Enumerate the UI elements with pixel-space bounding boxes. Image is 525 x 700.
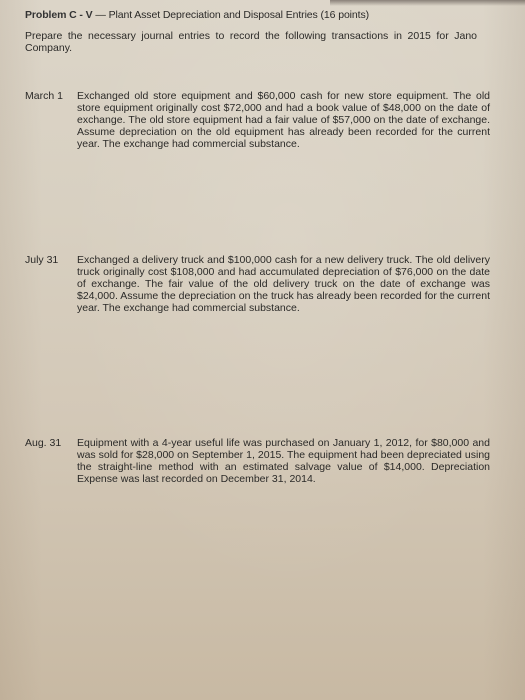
transaction-date: March 1 (25, 90, 77, 150)
problem-page: Problem C - V — Plant Asset Depreciation… (25, 8, 505, 54)
transaction-march-1: March 1 Exchanged old store equipment an… (25, 90, 490, 150)
problem-title: Problem C - V — Plant Asset Depreciation… (25, 8, 505, 22)
transaction-date: July 31 (25, 254, 77, 314)
transaction-text: Exchanged old store equipment and $60,00… (77, 90, 490, 150)
instructions: Prepare the necessary journal entries to… (25, 30, 477, 54)
transaction-text: Exchanged a delivery truck and $100,000 … (77, 254, 490, 314)
problem-heading: — Plant Asset Depreciation and Disposal … (93, 9, 369, 21)
transaction-aug-31: Aug. 31 Equipment with a 4-year useful l… (25, 437, 490, 485)
transaction-text: Equipment with a 4-year useful life was … (77, 437, 490, 485)
problem-number: Problem C - V (25, 9, 93, 21)
page-edge-shadow (330, 0, 525, 6)
transaction-date: Aug. 31 (25, 437, 77, 485)
transaction-july-31: July 31 Exchanged a delivery truck and $… (25, 254, 490, 314)
